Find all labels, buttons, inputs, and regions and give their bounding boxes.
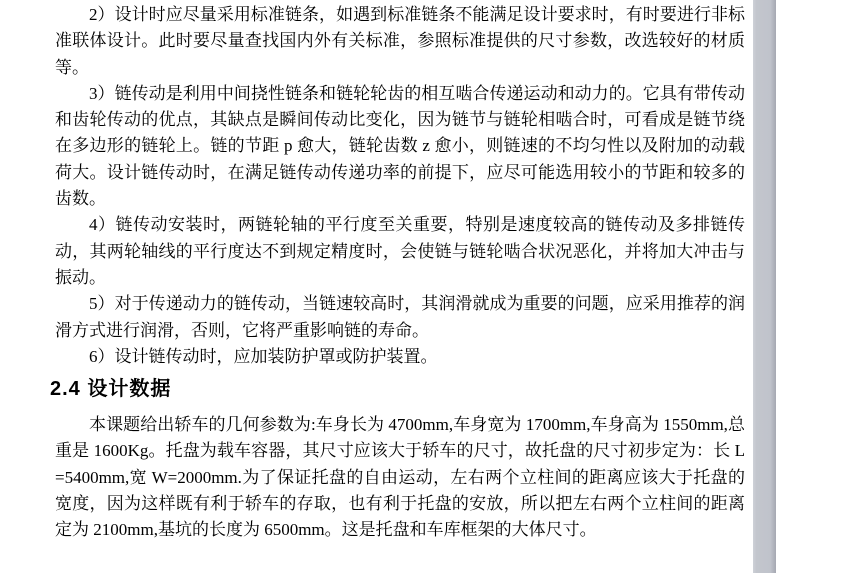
paragraph-design-standard-chain: 2）设计时应尽量采用标准链条，如遇到标准链条不能满足设计要求时，有时要进行非标准… <box>55 2 745 81</box>
paragraph-design-parameters: 本课题给出轿车的几何参数为:车身长为 4700mm,车身宽为 1700mm,车身… <box>55 412 745 543</box>
paragraph-chain-installation: 4）链传动安装时，两链轮轴的平行度至关重要，特别是速度较高的链传动及多排链传动，… <box>55 212 745 291</box>
paragraph-chain-drive-principle: 3）链传动是利用中间挠性链条和链轮轮齿的相互啮合传递运动和动力的。它具有带传动和… <box>55 81 745 212</box>
paragraph-chain-lubrication: 5）对于传递动力的链传动，当链速较高时，其润滑就成为重要的问题，应采用推荐的润滑… <box>55 291 745 344</box>
paragraph-chain-guard: 6）设计链传动时，应加装防护罩或防护装置。 <box>55 344 745 370</box>
page-gap-strip <box>753 0 776 573</box>
document-text-block: 2）设计时应尽量采用标准链条，如遇到标准链条不能满足设计要求时，有时要进行非标准… <box>55 2 745 544</box>
section-heading-design-data: 2.4 设计数据 <box>50 375 745 403</box>
